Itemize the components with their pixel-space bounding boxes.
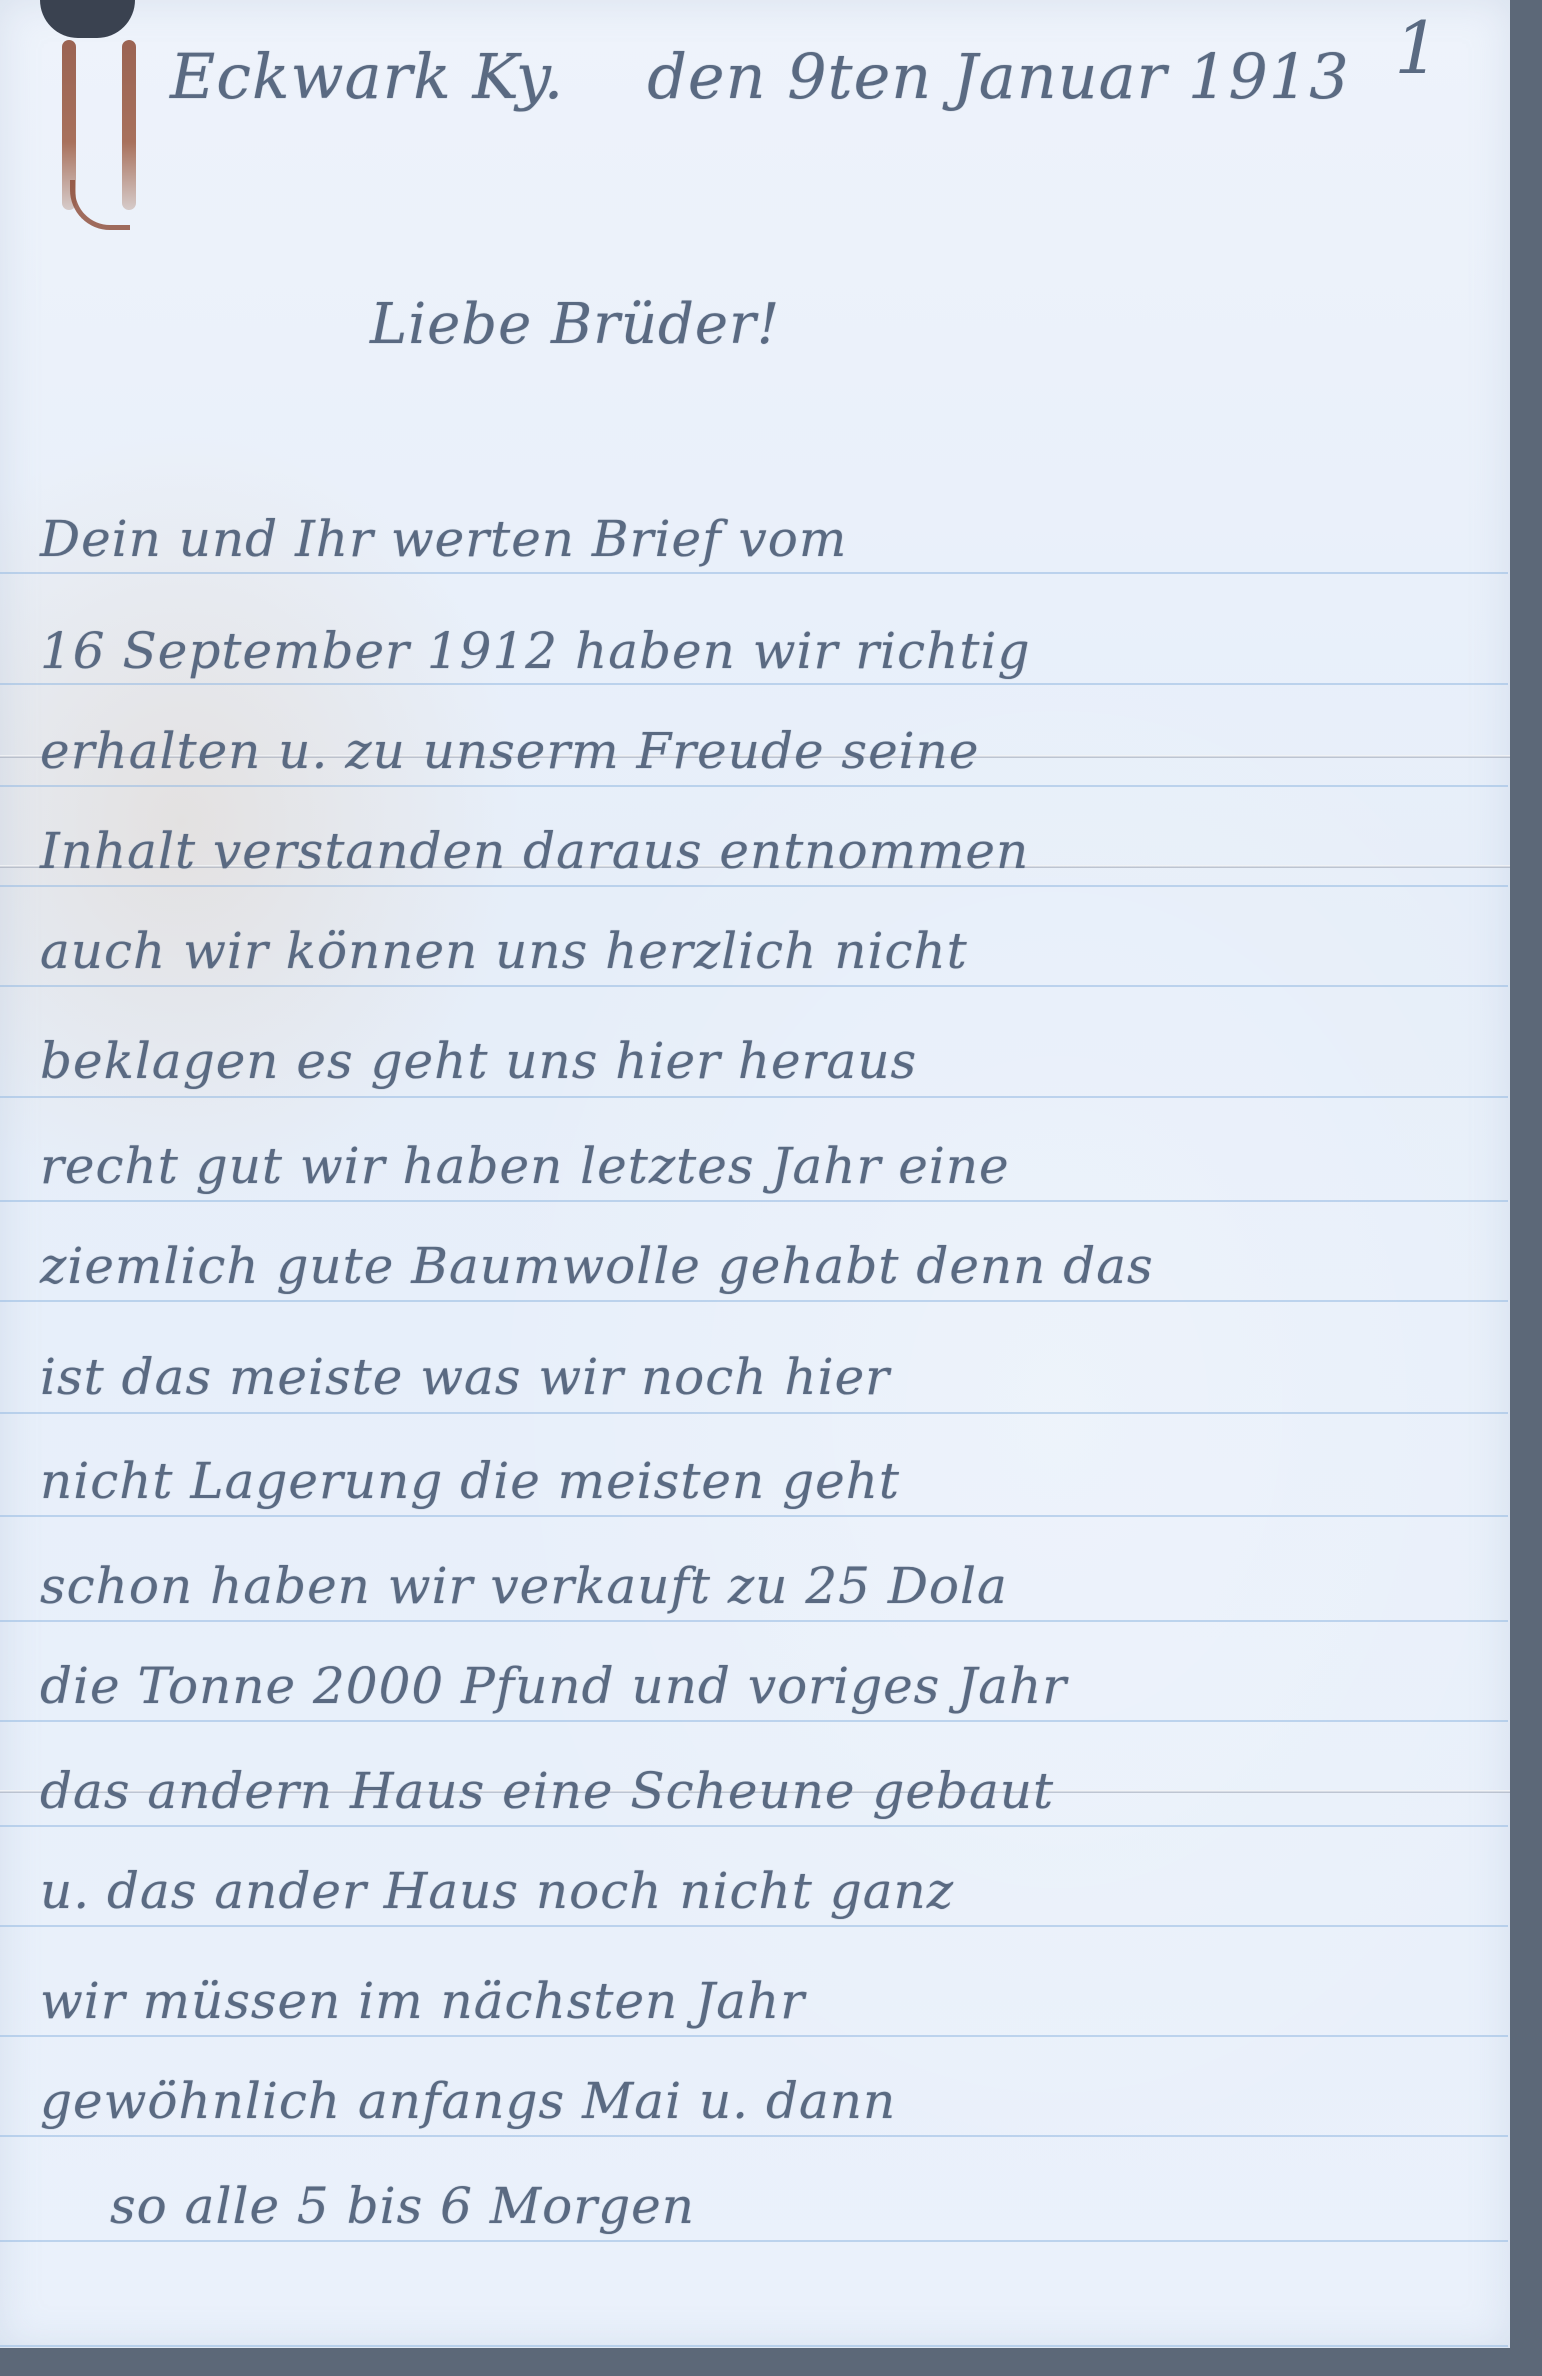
body-line: erhalten u. zu unserm Freude seine — [0, 722, 1542, 780]
body-line: beklagen es geht uns hier heraus — [0, 1032, 1542, 1090]
body-line: gewöhnlich anfangs Mai u. dann — [0, 2072, 1542, 2130]
body-line: u. das ander Haus noch nicht ganz — [0, 1862, 1542, 1920]
body-line: Inhalt verstanden daraus entnommen — [0, 822, 1542, 880]
letter-page: 1 Eckwark Ky. den 9ten Januar 1913 Liebe… — [0, 0, 1510, 2348]
body-line: Dein und Ihr werten Brief vom — [0, 510, 1542, 568]
binding-hole — [40, 0, 135, 38]
ruled-line — [0, 683, 1508, 685]
body-line: recht gut wir haben letztes Jahr eine — [0, 1137, 1542, 1195]
header-place: Eckwark Ky. — [170, 40, 564, 113]
ruled-line — [0, 2135, 1508, 2137]
ruled-line — [0, 1412, 1508, 1414]
ruled-line — [0, 1620, 1508, 1622]
ruled-line — [0, 785, 1508, 787]
ruled-line — [0, 1925, 1508, 1927]
ruled-line — [0, 985, 1508, 987]
ruled-line — [0, 1720, 1508, 1722]
rust-stain-curve — [70, 180, 130, 230]
body-line: das andern Haus eine Scheune gebaut — [0, 1762, 1542, 1820]
body-line: wir müssen im nächsten Jahr — [0, 1972, 1542, 2030]
body-line: schon haben wir verkauft zu 25 Dola — [0, 1557, 1542, 1615]
body-line: nicht Lagerung die meisten geht — [0, 1452, 1542, 1510]
body-line: ziemlich gute Baumwolle gehabt denn das — [0, 1237, 1542, 1295]
ruled-line — [0, 2345, 1508, 2347]
ruled-line — [0, 2035, 1508, 2037]
ruled-line — [0, 1515, 1508, 1517]
ruled-line — [0, 885, 1508, 887]
letter-header: Eckwark Ky. den 9ten Januar 1913 — [0, 40, 1542, 113]
header-date: den 9ten Januar 1913 — [647, 40, 1349, 113]
ruled-line — [0, 1300, 1508, 1302]
ruled-line — [0, 1096, 1508, 1098]
body-line: ist das meiste was wir noch hier — [0, 1348, 1542, 1406]
body-line: auch wir können uns herzlich nicht — [0, 922, 1542, 980]
ruled-line — [0, 2240, 1508, 2242]
body-line: 16 September 1912 haben wir richtig — [0, 622, 1542, 680]
ruled-line — [0, 1200, 1508, 1202]
ruled-line — [0, 572, 1508, 574]
ruled-line — [0, 1825, 1508, 1827]
salutation: Liebe Brüder! — [0, 292, 1542, 357]
body-line: die Tonne 2000 Pfund und voriges Jahr — [0, 1657, 1542, 1715]
body-line: so alle 5 bis 6 Morgen — [0, 2177, 1542, 2235]
